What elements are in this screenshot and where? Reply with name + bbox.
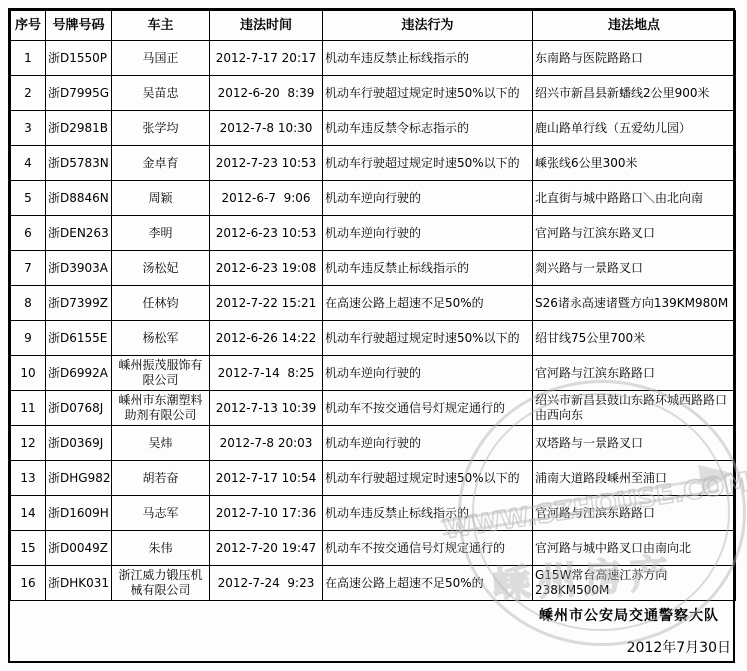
table-row: 2 浙D7995G 吴苗忠 2012-6-20 8:39 机动车行驶超过规定时速…: [11, 76, 736, 111]
column-header-plate: 号牌号码: [46, 11, 112, 41]
cell-seq: 15: [11, 531, 46, 566]
cell-violation: 机动车行驶超过规定时速50%以下的: [323, 461, 533, 496]
cell-violation: 机动车违反禁止标线指示的: [323, 251, 533, 286]
cell-owner: 任林钧: [112, 286, 210, 321]
cell-time: 2012-7-20 19:47: [210, 531, 323, 566]
cell-location: S26诸永高速诸暨方向139KM980M: [533, 286, 736, 321]
cell-seq: 9: [11, 321, 46, 356]
cell-owner: 李明: [112, 216, 210, 251]
cell-owner: 吴炜: [112, 426, 210, 461]
table-row: 14 浙D1609H 马志军 2012-7-10 17:36 机动车违反禁止标线…: [11, 496, 736, 531]
cell-location: 剡兴路与一景路叉口: [533, 251, 736, 286]
cell-time: 2012-7-22 15:21: [210, 286, 323, 321]
cell-violation: 机动车逆向行驶的: [323, 356, 533, 391]
cell-seq: 1: [11, 41, 46, 76]
cell-violation: 机动车行驶超过规定时速50%以下的: [323, 76, 533, 111]
table-row: 6 浙DEN263 李明 2012-6-23 10:53 机动车逆向行驶的 官河…: [11, 216, 736, 251]
cell-location: 嵊张线6公里300米: [533, 146, 736, 181]
cell-owner: 嵊州市东潮塑料助剂有限公司: [112, 391, 210, 426]
cell-plate: 浙D0049Z: [46, 531, 112, 566]
cell-location: 绍兴市新昌县鼓山东路环城西路路口由西向东: [533, 391, 736, 426]
cell-plate: 浙D1609H: [46, 496, 112, 531]
cell-location: 绍甘线75公里700米: [533, 321, 736, 356]
cell-owner: 杨松军: [112, 321, 210, 356]
table-row: 5 浙D8846N 周颖 2012-6-7 9:06 机动车逆向行驶的 北直街与…: [11, 181, 736, 216]
cell-plate: 浙DEN263: [46, 216, 112, 251]
cell-location: 东南路与医院路路口: [533, 41, 736, 76]
cell-location: 官河路与城中路叉口由南向北: [533, 531, 736, 566]
column-header-owner: 车主: [112, 11, 210, 41]
cell-location: 官河路与江滨东路路口: [533, 496, 736, 531]
cell-time: 2012-7-10 17:36: [210, 496, 323, 531]
cell-location: 绍兴市新昌县新蟠线2公里900米: [533, 76, 736, 111]
cell-plate: 浙D7995G: [46, 76, 112, 111]
issuing-agency: 嵊州市公安局交通警察大队: [10, 605, 733, 625]
cell-location: 官河路与江滨东路叉口: [533, 216, 736, 251]
column-header-time: 违法时间: [210, 11, 323, 41]
table-row: 7 浙D3903A 汤松妃 2012-6-23 19:08 机动车违反禁止标线指…: [11, 251, 736, 286]
cell-time: 2012-6-20 8:39: [210, 76, 323, 111]
table-row: 9 浙D6155E 杨松军 2012-6-26 14:22 机动车行驶超过规定时…: [11, 321, 736, 356]
table-row: 10 浙D6992A 嵊州振茂服饰有限公司 2012-7-14 8:25 机动车…: [11, 356, 736, 391]
cell-owner: 吴苗忠: [112, 76, 210, 111]
cell-plate: 浙DHG982: [46, 461, 112, 496]
cell-seq: 13: [11, 461, 46, 496]
cell-time: 2012-7-14 8:25: [210, 356, 323, 391]
cell-violation: 在高速公路上超速不足50%的: [323, 566, 533, 601]
cell-plate: 浙D0768J: [46, 391, 112, 426]
cell-time: 2012-7-8 20:03: [210, 426, 323, 461]
cell-seq: 14: [11, 496, 46, 531]
table-row: 12 浙D0369J 吴炜 2012-7-8 20:03 机动车逆向行驶的 双塔…: [11, 426, 736, 461]
cell-seq: 3: [11, 111, 46, 146]
cell-location: 官河路与江滨东路路口: [533, 356, 736, 391]
table-row: 16 浙DHK031 浙江威力锻压机械有限公司 2012-7-24 9:23 在…: [11, 566, 736, 601]
table-footer: 嵊州市公安局交通警察大队 2012年7月30日: [10, 605, 733, 657]
cell-plate: 浙DHK031: [46, 566, 112, 601]
cell-time: 2012-7-17 10:54: [210, 461, 323, 496]
cell-violation: 机动车逆向行驶的: [323, 426, 533, 461]
cell-time: 2012-6-7 9:06: [210, 181, 323, 216]
cell-seq: 12: [11, 426, 46, 461]
cell-time: 2012-7-17 20:17: [210, 41, 323, 76]
cell-plate: 浙D6155E: [46, 321, 112, 356]
cell-seq: 16: [11, 566, 46, 601]
cell-violation: 机动车逆向行驶的: [323, 216, 533, 251]
cell-time: 2012-6-23 10:53: [210, 216, 323, 251]
cell-seq: 5: [11, 181, 46, 216]
cell-location: 鹿山路单行线（五爱幼儿园）: [533, 111, 736, 146]
cell-owner: 金卓育: [112, 146, 210, 181]
column-header-location: 违法地点: [533, 11, 736, 41]
cell-violation: 机动车逆向行驶的: [323, 181, 533, 216]
cell-plate: 浙D6992A: [46, 356, 112, 391]
cell-plate: 浙D1550P: [46, 41, 112, 76]
cell-time: 2012-6-26 14:22: [210, 321, 323, 356]
cell-owner: 胡若奋: [112, 461, 210, 496]
table-row: 4 浙D5783N 金卓育 2012-7-23 10:53 机动车行驶超过规定时…: [11, 146, 736, 181]
cell-seq: 4: [11, 146, 46, 181]
cell-owner: 浙江威力锻压机械有限公司: [112, 566, 210, 601]
cell-plate: 浙D8846N: [46, 181, 112, 216]
cell-violation: 机动车不按交通信号灯规定通行的: [323, 531, 533, 566]
cell-time: 2012-7-8 10:30: [210, 111, 323, 146]
column-header-violation: 违法行为: [323, 11, 533, 41]
cell-seq: 11: [11, 391, 46, 426]
cell-owner: 张学均: [112, 111, 210, 146]
table-row: 1 浙D1550P 马国正 2012-7-17 20:17 机动车违反禁止标线指…: [11, 41, 736, 76]
table-header-row: 序号 号牌号码 车主 违法时间 违法行为 违法地点: [11, 11, 736, 41]
cell-violation: 在高速公路上超速不足50%的: [323, 286, 533, 321]
cell-plate: 浙D3903A: [46, 251, 112, 286]
cell-plate: 浙D0369J: [46, 426, 112, 461]
cell-location: 北直街与城中路路口＼由北向南: [533, 181, 736, 216]
cell-time: 2012-6-23 19:08: [210, 251, 323, 286]
table-row: 3 浙D2981B 张学均 2012-7-8 10:30 机动车违反禁令标志指示…: [11, 111, 736, 146]
cell-plate: 浙D2981B: [46, 111, 112, 146]
cell-violation: 机动车不按交通信号灯规定通行的: [323, 391, 533, 426]
issue-date: 2012年7月30日: [10, 637, 733, 657]
cell-violation: 机动车违反禁止标线指示的: [323, 41, 533, 76]
cell-seq: 2: [11, 76, 46, 111]
cell-time: 2012-7-23 10:53: [210, 146, 323, 181]
cell-owner: 马国正: [112, 41, 210, 76]
cell-owner: 周颖: [112, 181, 210, 216]
cell-violation: 机动车行驶超过规定时速50%以下的: [323, 321, 533, 356]
cell-location: 浦南大道路段嵊州至浦口: [533, 461, 736, 496]
violation-table: 序号 号牌号码 车主 违法时间 违法行为 违法地点 1 浙D1550P 马国正 …: [10, 10, 736, 601]
table-row: 15 浙D0049Z 朱伟 2012-7-20 19:47 机动车不按交通信号灯…: [11, 531, 736, 566]
cell-seq: 6: [11, 216, 46, 251]
violation-record-sheet: 序号 号牌号码 车主 违法时间 违法行为 违法地点 1 浙D1550P 马国正 …: [8, 8, 735, 663]
cell-time: 2012-7-24 9:23: [210, 566, 323, 601]
cell-violation: 机动车行驶超过规定时速50%以下的: [323, 146, 533, 181]
cell-owner: 嵊州振茂服饰有限公司: [112, 356, 210, 391]
table-row: 11 浙D0768J 嵊州市东潮塑料助剂有限公司 2012-7-13 10:39…: [11, 391, 736, 426]
cell-seq: 8: [11, 286, 46, 321]
cell-owner: 朱伟: [112, 531, 210, 566]
cell-seq: 7: [11, 251, 46, 286]
cell-plate: 浙D5783N: [46, 146, 112, 181]
cell-plate: 浙D7399Z: [46, 286, 112, 321]
table-row: 13 浙DHG982 胡若奋 2012-7-17 10:54 机动车行驶超过规定…: [11, 461, 736, 496]
cell-time: 2012-7-13 10:39: [210, 391, 323, 426]
table-row: 8 浙D7399Z 任林钧 2012-7-22 15:21 在高速公路上超速不足…: [11, 286, 736, 321]
cell-location: 双塔路与一景路叉口: [533, 426, 736, 461]
cell-owner: 马志军: [112, 496, 210, 531]
cell-seq: 10: [11, 356, 46, 391]
cell-location: G15W常台高速江苏方向238KM500M: [533, 566, 736, 601]
cell-owner: 汤松妃: [112, 251, 210, 286]
cell-violation: 机动车违反禁止标线指示的: [323, 496, 533, 531]
cell-violation: 机动车违反禁令标志指示的: [323, 111, 533, 146]
column-header-seq: 序号: [11, 11, 46, 41]
